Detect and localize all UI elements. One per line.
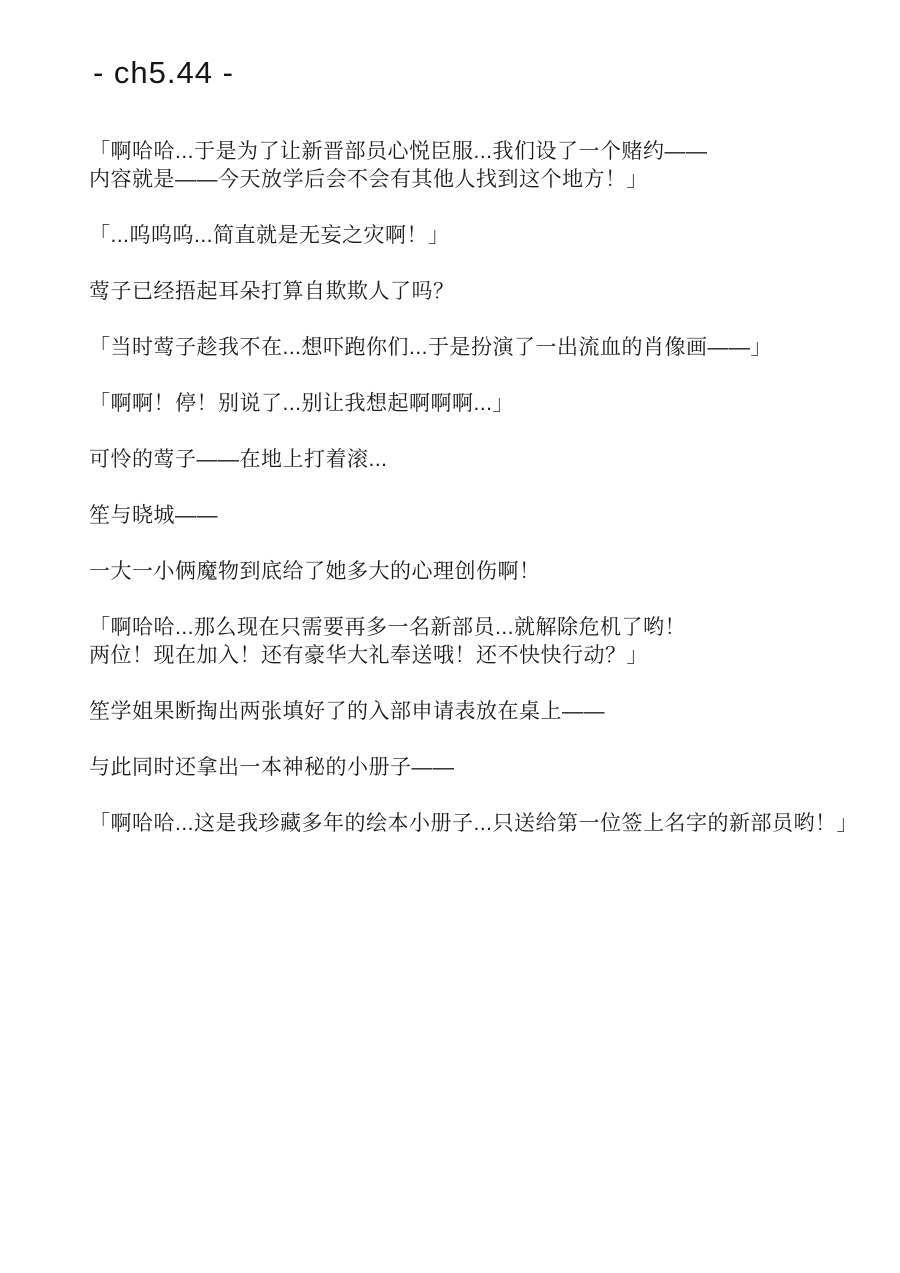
text-content: - ch5.44 - 「啊哈哈...于是为了让新晋部员心悦臣服...我们设了一个… (89, 52, 860, 866)
text-line: 莺子已经捂起耳朵打算自欺欺人了吗？ (89, 278, 860, 306)
paragraph: 一大一小俩魔物到底给了她多大的心理创伤啊！ (89, 558, 860, 586)
text-line: 「啊哈哈...那么现在只需要再多一名新部员...就解除危机了哟！ (89, 614, 860, 642)
paragraph: 「当时莺子趁我不在...想吓跑你们...于是扮演了一出流血的肖像画——」 (89, 334, 860, 362)
text-line: 「...呜呜呜...简直就是无妄之灾啊！」 (89, 222, 860, 250)
text-line: 「当时莺子趁我不在...想吓跑你们...于是扮演了一出流血的肖像画——」 (89, 334, 860, 362)
paragraph: 「啊哈哈...于是为了让新晋部员心悦臣服...我们设了一个赌约—— 内容就是——… (89, 138, 860, 194)
paragraph: 「啊哈哈...那么现在只需要再多一名新部员...就解除危机了哟！ 两位！现在加入… (89, 614, 860, 670)
text-line: 一大一小俩魔物到底给了她多大的心理创伤啊！ (89, 558, 860, 586)
paragraph: 笙与晓城—— (89, 502, 860, 530)
text-line: 笙与晓城—— (89, 502, 860, 530)
paragraph: 与此同时还拿出一本神秘的小册子—— (89, 754, 860, 782)
text-line: 两位！现在加入！还有豪华大礼奉送哦！还不快快行动？」 (89, 642, 860, 670)
text-line: 「啊哈哈...于是为了让新晋部员心悦臣服...我们设了一个赌约—— (89, 138, 860, 166)
text-line: 与此同时还拿出一本神秘的小册子—— (89, 754, 860, 782)
document-page: - ch5.44 - 「啊哈哈...于是为了让新晋部员心悦臣服...我们设了一个… (0, 0, 900, 1273)
text-line: 「啊啊！停！别说了...别让我想起啊啊啊...」 (89, 390, 860, 418)
paragraph-list: 「啊哈哈...于是为了让新晋部员心悦臣服...我们设了一个赌约—— 内容就是——… (89, 138, 860, 838)
paragraph: 「啊哈哈...这是我珍藏多年的绘本小册子...只送给第一位签上名字的新部员哟！」 (89, 810, 860, 838)
paragraph: 「啊啊！停！别说了...别让我想起啊啊啊...」 (89, 390, 860, 418)
paragraph: 莺子已经捂起耳朵打算自欺欺人了吗？ (89, 278, 860, 306)
chapter-title: - ch5.44 - (93, 52, 860, 94)
text-line: 可怜的莺子——在地上打着滚... (89, 446, 860, 474)
paragraph: 「...呜呜呜...简直就是无妄之灾啊！」 (89, 222, 860, 250)
paragraph: 可怜的莺子——在地上打着滚... (89, 446, 860, 474)
text-line: 笙学姐果断掏出两张填好了的入部申请表放在桌上—— (89, 698, 860, 726)
text-line: 「啊哈哈...这是我珍藏多年的绘本小册子...只送给第一位签上名字的新部员哟！」 (89, 810, 860, 838)
text-line: 内容就是——今天放学后会不会有其他人找到这个地方！」 (89, 166, 860, 194)
paragraph: 笙学姐果断掏出两张填好了的入部申请表放在桌上—— (89, 698, 860, 726)
